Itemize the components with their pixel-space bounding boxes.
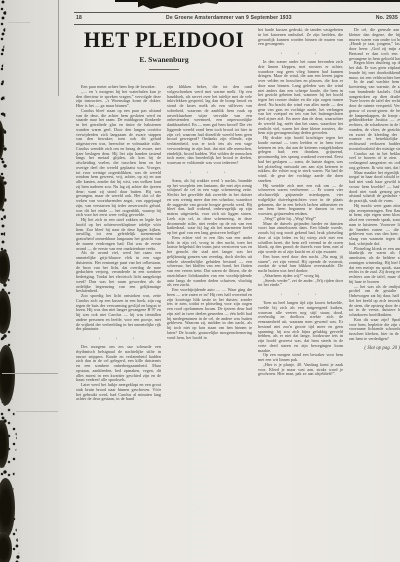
paragraph: Maar maakte het eigenlijk veel verschil,… <box>349 171 400 204</box>
paragraph: Hij drukte zijn hoofd krachtiger tegen h… <box>258 136 343 184</box>
scan-scratch <box>2 373 58 374</box>
page-number: 18 <box>76 15 82 21</box>
text-column-4: De cel, die grensde aan de rechtszaal wa… <box>349 28 400 470</box>
scan-scratch <box>16 411 58 412</box>
scan-blot <box>0 345 15 405</box>
paragraph: Kon dit waar zijn? Sprak die jonge vrouw… <box>349 318 400 342</box>
paragraph: In den zomer onder het raam bevonden zic… <box>258 60 343 136</box>
article-title: HET PLEIDOOI <box>76 28 252 51</box>
paragraph: — het was als de omlijsting van een zuiv… <box>349 285 400 318</box>
scan-left-margin <box>0 0 60 562</box>
section-separator: · · · <box>167 169 252 177</box>
paragraph: zijn blikken beker, die tot den rand vol… <box>167 85 252 166</box>
paragraph: Eens echter viel er een flits van een an… <box>167 236 252 288</box>
scan-scratch <box>8 22 30 23</box>
paragraph: Regen blies druilerig op de glazen lanta… <box>349 61 400 80</box>
paragraph: Als de avond viel, werd het raam een onm… <box>76 251 161 294</box>
paragraph: Carolus bleef staan op een paar pas afst… <box>76 109 161 218</box>
paragraph: „.... en 's morgens bij het waterhalen k… <box>76 90 161 109</box>
header-rule-bottom <box>74 24 400 25</box>
page-edge-line <box>58 0 59 96</box>
paragraph: Een voorbijrijdende auto .... .... Waar … <box>167 288 252 340</box>
article-body: HET PLEIDOOI E. Swanenburg Een paar mete… <box>76 28 400 470</box>
section-separator: · · · <box>258 50 343 58</box>
running-head: 18 De Groene Amsterdammer van 9 Septembe… <box>74 12 400 25</box>
paragraph: Een bons reed door den nacht. „Nu mag ji… <box>258 255 343 274</box>
issue-number: No. 2935 <box>376 15 398 21</box>
paragraph: „Steeds verder”, zei de ander. „Wij rijd… <box>258 279 343 289</box>
continuation-note: ( Slot op pag. 20 ) <box>349 346 400 352</box>
paragraph: Des morgens om zes uur scheurde een rhyt… <box>76 345 161 383</box>
paragraph: Maar de duivels grijnsden harder en dans… <box>258 222 343 255</box>
paragraph: Toen na heel langen tijd zijn koorts bek… <box>258 301 343 353</box>
text-column-2: zijn blikken beker, die tot den rand vol… <box>167 28 252 470</box>
text-columns: Een paar meter achter hem liep de bewake… <box>76 28 400 470</box>
paragraph: Hij mocht weer gaan zitten en zonk terug… <box>349 204 400 247</box>
newspaper-page: 18 De Groene Amsterdammer van 9 Septembe… <box>60 0 400 562</box>
paragraph: Hij wendde zich met een ruk om — de schr… <box>258 184 343 217</box>
paragraph: De cel, die grensde aan de rechtszaal wa… <box>349 28 400 61</box>
article-title-block: HET PLEIDOOI E. Swanenburg <box>76 28 252 80</box>
paragraph: „Hier is je plunje, 40. Vandaag komt je … <box>258 363 343 377</box>
paragraph: Zoo spoedig het licht ontstoken was, zet… <box>76 294 161 332</box>
paragraph: het harde kussen gedrukt, de tanden vast… <box>258 28 343 47</box>
byline-rule <box>149 69 179 70</box>
section-separator: · · · <box>258 291 343 299</box>
paragraph: Carolus zat in het beklaagdenbankje zond… <box>349 152 400 171</box>
section-separator: · · · <box>76 335 161 343</box>
paragraph: Plotseling klonk er een andere stem — he… <box>349 247 400 285</box>
text-column-1: Een paar meter achter hem liep de bewake… <box>76 28 161 470</box>
paragraph: In de zaal wachtte hem de bijna vergeten… <box>349 80 400 151</box>
text-column-3: het harde kussen gedrukt, de tanden vast… <box>258 28 343 470</box>
masthead: De Groene Amsterdammer van 9 September 1… <box>166 15 292 21</box>
paragraph: Hij liet zich in een stoel zakken en leg… <box>76 218 161 251</box>
paragraph: Soms, als hij wakker werd 's nachts, bra… <box>167 179 252 236</box>
paragraph: Later werd het luikje neergeklapt en een… <box>76 383 161 402</box>
article-author: E. Swanenburg <box>76 55 252 64</box>
